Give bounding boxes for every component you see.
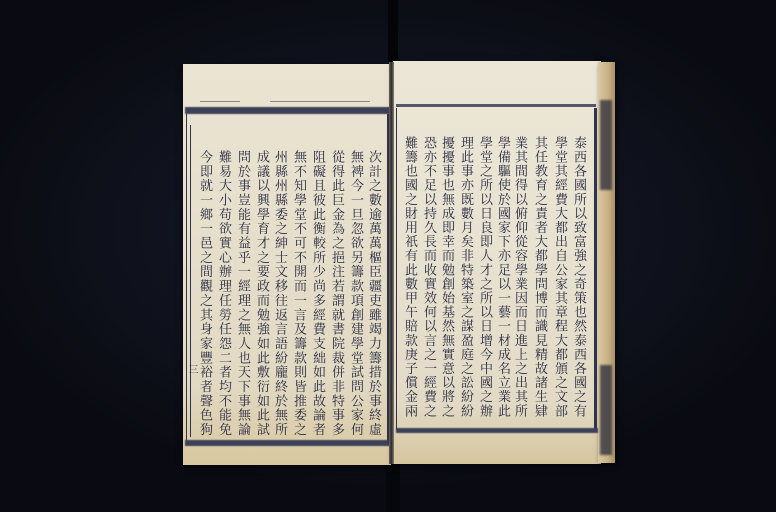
text-column: 難籌也國之財用祇有此數甲午賠款庚子償金兩 xyxy=(401,136,417,418)
text-column: 業其間得以俯仰從容學業因而日進上之出其所 xyxy=(511,136,527,418)
left-page-bottom-border xyxy=(185,440,390,446)
book-photo-scene: 三 次計之數逾萬萬樞臣疆吏雖竭力籌措於事終虛 無裨今一旦忽欲另籌款項創建學堂試問… xyxy=(0,0,776,512)
right-page-bottom-border xyxy=(396,428,598,433)
ink-smudge xyxy=(600,365,612,455)
ink-smudge xyxy=(600,100,612,190)
text-column: 學堂其經費大都出自公家其章程大都頒之文部 xyxy=(551,136,567,418)
right-page-top-border xyxy=(396,104,596,107)
fold-margin-line xyxy=(190,125,191,437)
right-frame-right xyxy=(594,108,597,430)
left-page-faint-line xyxy=(200,101,240,102)
gutter-shadow-bottom xyxy=(386,462,400,512)
text-column: 從得此巨金為之挹注若謂就書院裁併非特事多 xyxy=(328,150,344,437)
text-column: 其任教育之責者大都學問博而識見精故諸生肄 xyxy=(531,136,547,418)
gutter-shadow-top xyxy=(388,0,398,62)
text-column: 問於事豈能有益乎一經理之無人也天下事無論 xyxy=(234,150,250,437)
left-frame-outer-left xyxy=(186,114,187,444)
text-column: 學堂之所以日良即人才之所以日增今中國之辦 xyxy=(476,136,492,418)
center-fold xyxy=(389,62,394,464)
text-column: 次計之數逾萬萬樞臣疆吏雖竭力籌措於事終虛 xyxy=(365,150,381,437)
text-column: 學備驅使於國家下亦足以一藝一材成名立業此 xyxy=(494,136,510,418)
left-page-top-border xyxy=(185,107,390,114)
text-column: 理此事亦既數月矣非特築室之謀盈庭之訟紛紛 xyxy=(457,136,473,418)
right-frame-left xyxy=(396,108,397,430)
text-column: 無裨今一旦忽欲另籌款項創建學堂試問公家何 xyxy=(347,150,363,437)
left-page-faint-line xyxy=(270,101,370,102)
text-column: 無不知學堂不可不開而一言及籌款則皆推委之 xyxy=(290,150,306,437)
text-column: 恐亦不足以持久長而收實效何以言之一經費之 xyxy=(420,136,436,418)
text-column: 成議以興學育才之要政而勉強如此敷衍如此試 xyxy=(253,150,269,437)
text-column: 今即就一鄉一邑之間觀之其身家豐裕者聲色狗 xyxy=(196,150,212,437)
text-column: 州縣州縣委之紳士文移往返言語紛龐終於無所 xyxy=(271,150,287,437)
text-column: 阻礙且彼此衡較所少尚多經費支絀如此故論者 xyxy=(309,150,325,437)
text-column: 難易大小苟欲實心辦理任勞任怨二者均不能免 xyxy=(215,150,231,437)
text-column: 擾擾事也無成即幸而勉創始基然無實意以將之 xyxy=(438,136,454,418)
text-column: 泰西各國所以致富強之奇策也然泰西各國之有 xyxy=(570,136,586,418)
